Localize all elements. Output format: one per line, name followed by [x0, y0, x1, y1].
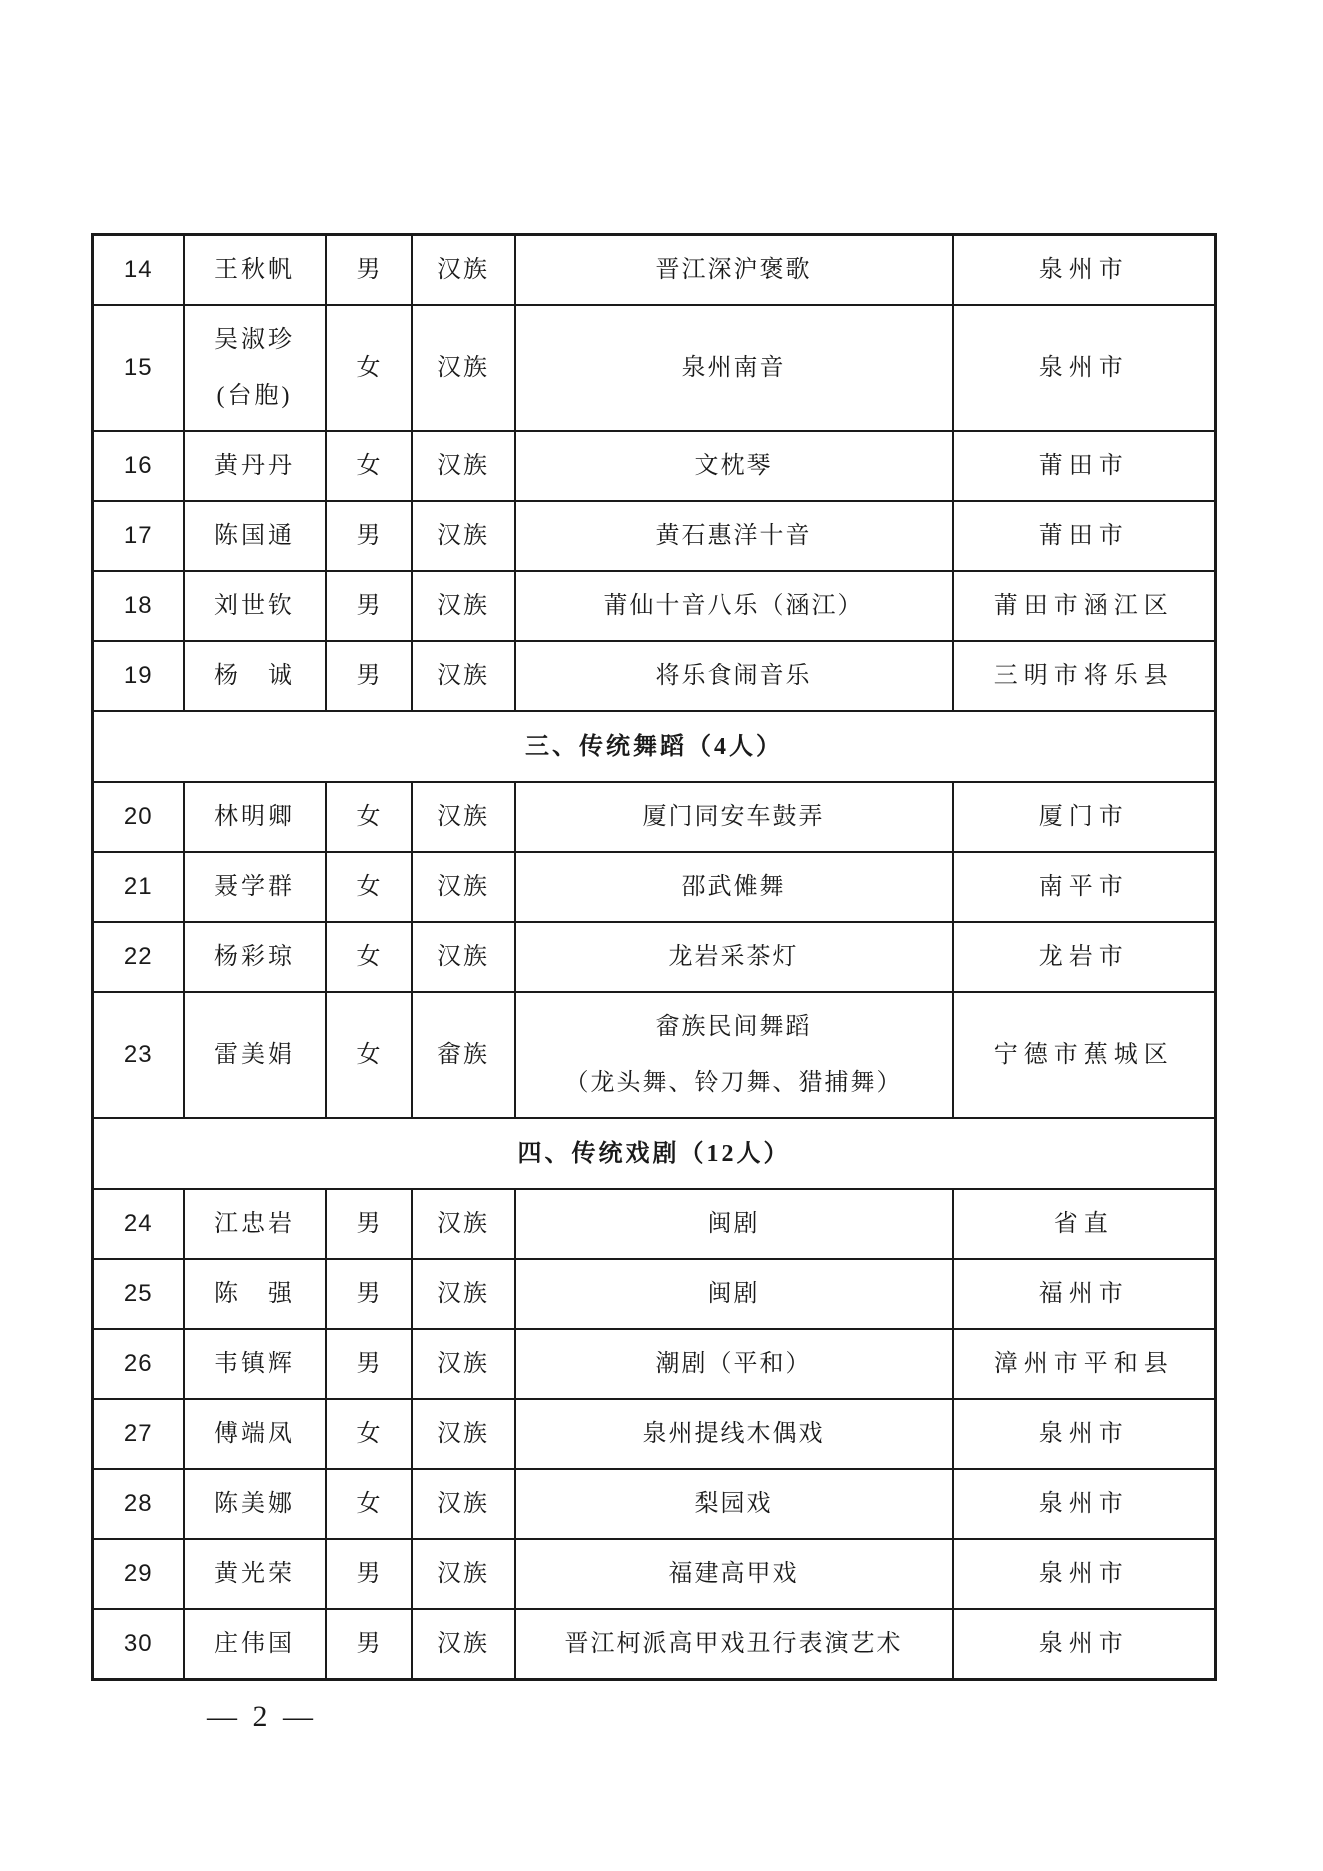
cell-gender: 男 [326, 1189, 412, 1259]
section-header-row: 三、传统舞蹈（4人） [93, 711, 1216, 782]
cell-name: 傅端凤 [184, 1399, 326, 1469]
cell-gender: 女 [326, 305, 412, 431]
cell-no: 21 [93, 852, 184, 922]
cell-name: 吴淑珍 (台胞) [184, 305, 326, 431]
cell-project: 龙岩采茶灯 [515, 922, 953, 992]
cell-no: 25 [93, 1259, 184, 1329]
cell-project: 晋江深沪褒歌 [515, 235, 953, 306]
cell-region: 泉州市 [953, 1399, 1216, 1469]
cell-name: 雷美娟 [184, 992, 326, 1118]
table-row: 23雷美娟女畲族畲族民间舞蹈 （龙头舞、铃刀舞、猎捕舞）宁德市蕉城区 [93, 992, 1216, 1118]
table-row: 30庄伟国男汉族晋江柯派高甲戏丑行表演艺术泉州市 [93, 1609, 1216, 1680]
cell-ethnicity: 汉族 [412, 782, 515, 852]
cell-project: 黄石惠洋十音 [515, 501, 953, 571]
section-title: 三、传统舞蹈（4人） [93, 711, 1216, 782]
cell-name: 庄伟国 [184, 1609, 326, 1680]
cell-name: 刘世钦 [184, 571, 326, 641]
cell-no: 16 [93, 431, 184, 501]
cell-ethnicity: 汉族 [412, 1609, 515, 1680]
cell-gender: 女 [326, 431, 412, 501]
cell-ethnicity: 汉族 [412, 1469, 515, 1539]
cell-gender: 男 [326, 1539, 412, 1609]
cell-no: 15 [93, 305, 184, 431]
cell-project: 泉州南音 [515, 305, 953, 431]
cell-project: 闽剧 [515, 1189, 953, 1259]
cell-no: 22 [93, 922, 184, 992]
cell-gender: 女 [326, 992, 412, 1118]
cell-gender: 女 [326, 1399, 412, 1469]
cell-region: 泉州市 [953, 1469, 1216, 1539]
table-row: 18刘世钦男汉族莆仙十音八乐（涵江）莆田市涵江区 [93, 571, 1216, 641]
document-page: 14王秋帆男汉族晋江深沪褒歌泉州市15吴淑珍 (台胞)女汉族泉州南音泉州市16黄… [0, 0, 1323, 1871]
cell-project: 厦门同安车鼓弄 [515, 782, 953, 852]
cell-gender: 男 [326, 1609, 412, 1680]
cell-region: 三明市将乐县 [953, 641, 1216, 711]
cell-ethnicity: 汉族 [412, 852, 515, 922]
cell-ethnicity: 汉族 [412, 1539, 515, 1609]
cell-region: 省直 [953, 1189, 1216, 1259]
cell-no: 28 [93, 1469, 184, 1539]
cell-name: 黄光荣 [184, 1539, 326, 1609]
table-row: 21聂学群女汉族邵武傩舞南平市 [93, 852, 1216, 922]
cell-ethnicity: 畲族 [412, 992, 515, 1118]
table-row: 19杨 诚男汉族将乐食闹音乐三明市将乐县 [93, 641, 1216, 711]
cell-gender: 女 [326, 922, 412, 992]
cell-gender: 男 [326, 501, 412, 571]
cell-region: 泉州市 [953, 235, 1216, 306]
cell-project: 邵武傩舞 [515, 852, 953, 922]
table-row: 22杨彩琼女汉族龙岩采茶灯龙岩市 [93, 922, 1216, 992]
cell-region: 宁德市蕉城区 [953, 992, 1216, 1118]
cell-ethnicity: 汉族 [412, 922, 515, 992]
cell-project: 梨园戏 [515, 1469, 953, 1539]
cell-region: 莆田市涵江区 [953, 571, 1216, 641]
cell-ethnicity: 汉族 [412, 235, 515, 306]
cell-ethnicity: 汉族 [412, 1189, 515, 1259]
cell-region: 厦门市 [953, 782, 1216, 852]
table-row: 17陈国通男汉族黄石惠洋十音莆田市 [93, 501, 1216, 571]
cell-name: 陈美娜 [184, 1469, 326, 1539]
cell-region: 漳州市平和县 [953, 1329, 1216, 1399]
cell-project: 闽剧 [515, 1259, 953, 1329]
cell-project: 文枕琴 [515, 431, 953, 501]
cell-no: 30 [93, 1609, 184, 1680]
cell-region: 泉州市 [953, 1539, 1216, 1609]
cell-gender: 女 [326, 1469, 412, 1539]
cell-gender: 男 [326, 235, 412, 306]
table-row: 28陈美娜女汉族梨园戏泉州市 [93, 1469, 1216, 1539]
cell-region: 莆田市 [953, 431, 1216, 501]
table-row: 27傅端凤女汉族泉州提线木偶戏泉州市 [93, 1399, 1216, 1469]
cell-name: 陈 强 [184, 1259, 326, 1329]
cell-no: 26 [93, 1329, 184, 1399]
cell-no: 27 [93, 1399, 184, 1469]
cell-project: 潮剧（平和） [515, 1329, 953, 1399]
cell-ethnicity: 汉族 [412, 1399, 515, 1469]
table-row: 15吴淑珍 (台胞)女汉族泉州南音泉州市 [93, 305, 1216, 431]
table-row: 24江忠岩男汉族闽剧省直 [93, 1189, 1216, 1259]
cell-name: 王秋帆 [184, 235, 326, 306]
cell-ethnicity: 汉族 [412, 571, 515, 641]
cell-name: 江忠岩 [184, 1189, 326, 1259]
cell-region: 泉州市 [953, 305, 1216, 431]
page-number: — 2 — [207, 1700, 317, 1734]
cell-no: 29 [93, 1539, 184, 1609]
table-row: 16黄丹丹女汉族文枕琴莆田市 [93, 431, 1216, 501]
cell-region: 泉州市 [953, 1609, 1216, 1680]
cell-no: 18 [93, 571, 184, 641]
cell-project: 将乐食闹音乐 [515, 641, 953, 711]
cell-no: 14 [93, 235, 184, 306]
cell-name: 黄丹丹 [184, 431, 326, 501]
cell-region: 龙岩市 [953, 922, 1216, 992]
cell-project: 晋江柯派高甲戏丑行表演艺术 [515, 1609, 953, 1680]
cell-project: 泉州提线木偶戏 [515, 1399, 953, 1469]
cell-no: 23 [93, 992, 184, 1118]
cell-ethnicity: 汉族 [412, 305, 515, 431]
cell-region: 福州市 [953, 1259, 1216, 1329]
table-row: 14王秋帆男汉族晋江深沪褒歌泉州市 [93, 235, 1216, 306]
cell-no: 17 [93, 501, 184, 571]
cell-project: 畲族民间舞蹈 （龙头舞、铃刀舞、猎捕舞） [515, 992, 953, 1118]
cell-name: 聂学群 [184, 852, 326, 922]
table-row: 20林明卿女汉族厦门同安车鼓弄厦门市 [93, 782, 1216, 852]
table-row: 26韦镇辉男汉族潮剧（平和）漳州市平和县 [93, 1329, 1216, 1399]
section-header-row: 四、传统戏剧（12人） [93, 1118, 1216, 1189]
cell-gender: 女 [326, 852, 412, 922]
roster-table-body: 14王秋帆男汉族晋江深沪褒歌泉州市15吴淑珍 (台胞)女汉族泉州南音泉州市16黄… [93, 235, 1216, 1680]
cell-name: 杨彩琼 [184, 922, 326, 992]
cell-no: 24 [93, 1189, 184, 1259]
cell-ethnicity: 汉族 [412, 1329, 515, 1399]
cell-name: 杨 诚 [184, 641, 326, 711]
cell-region: 莆田市 [953, 501, 1216, 571]
cell-name: 陈国通 [184, 501, 326, 571]
cell-region: 南平市 [953, 852, 1216, 922]
cell-name: 林明卿 [184, 782, 326, 852]
cell-ethnicity: 汉族 [412, 431, 515, 501]
cell-project: 福建高甲戏 [515, 1539, 953, 1609]
cell-project: 莆仙十音八乐（涵江） [515, 571, 953, 641]
roster-table: 14王秋帆男汉族晋江深沪褒歌泉州市15吴淑珍 (台胞)女汉族泉州南音泉州市16黄… [91, 233, 1217, 1681]
cell-gender: 男 [326, 1329, 412, 1399]
cell-name: 韦镇辉 [184, 1329, 326, 1399]
cell-gender: 男 [326, 571, 412, 641]
cell-no: 19 [93, 641, 184, 711]
cell-gender: 男 [326, 1259, 412, 1329]
table-row: 25陈 强男汉族闽剧福州市 [93, 1259, 1216, 1329]
cell-gender: 女 [326, 782, 412, 852]
cell-ethnicity: 汉族 [412, 501, 515, 571]
table-row: 29黄光荣男汉族福建高甲戏泉州市 [93, 1539, 1216, 1609]
cell-ethnicity: 汉族 [412, 641, 515, 711]
section-title: 四、传统戏剧（12人） [93, 1118, 1216, 1189]
cell-ethnicity: 汉族 [412, 1259, 515, 1329]
cell-gender: 男 [326, 641, 412, 711]
cell-no: 20 [93, 782, 184, 852]
